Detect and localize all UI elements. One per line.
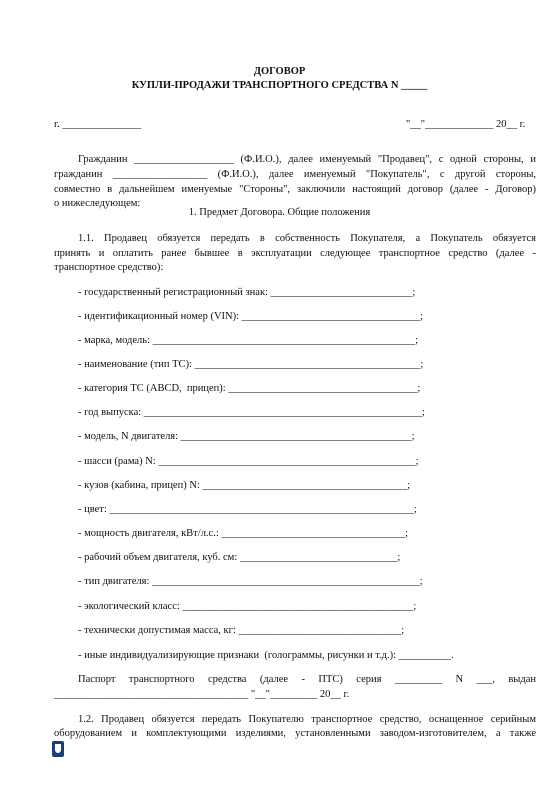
vehicle-field-item: - рабочий объем двигателя, куб. см: ____…: [78, 552, 400, 563]
clause-1-2-line-2: оборудованием и комплектующими изделиями…: [54, 728, 536, 739]
pts-line-1: Паспорт транспортного средства (далее - …: [78, 674, 536, 685]
vehicle-field-item: - год выпуска: _________________________…: [78, 407, 425, 418]
vehicle-field-item: - марка, модель: _______________________…: [78, 335, 418, 346]
clause-1-1-line-2: принять и оплатить ранее бывшее в эксплу…: [54, 248, 536, 259]
date-field: "__"_____________ 20__ г.: [406, 119, 525, 130]
vehicle-field-item: - модель, N двигателя: _________________…: [78, 431, 415, 442]
vehicle-field-item: - наименование (тип ТС): _______________…: [78, 359, 423, 370]
document-subtitle: КУПЛИ-ПРОДАЖИ ТРАНСПОРТНОГО СРЕДСТВА N _…: [0, 80, 559, 91]
document-title: ДОГОВОР: [0, 66, 559, 77]
vehicle-field-item: - идентификационный номер (VIN): _______…: [78, 311, 423, 322]
preamble-line-3: совместно в дальнейшем именуемые "Сторон…: [54, 184, 536, 195]
vehicle-field-item: - мощность двигателя, кВт/л.с.: ________…: [78, 528, 408, 539]
vehicle-field-item: - категория ТС (ABCD, прицеп): _________…: [78, 383, 420, 394]
vehicle-field-item: - государственный регистрационный знак: …: [78, 287, 415, 298]
pts-line-2: _____________________________________ "_…: [54, 689, 349, 700]
vehicle-field-item: - кузов (кабина, прицеп) N: ____________…: [78, 480, 410, 491]
preamble-line-1: Гражданин ___________________ (Ф.И.О.), …: [78, 154, 536, 165]
vehicle-field-item: - иные индивидуализирующие признаки (гол…: [78, 650, 454, 661]
vehicle-field-item: - технически допустимая масса, кг: _____…: [78, 625, 404, 636]
section-1-heading: 1. Предмет Договора. Общие положения: [0, 207, 559, 218]
vehicle-field-item: - тип двигателя: _______________________…: [78, 576, 423, 587]
preamble-line-2: гражданин __________________ (Ф.И.О.), д…: [54, 169, 536, 180]
shield-logo-icon: [52, 741, 64, 757]
vehicle-field-item: - цвет: ________________________________…: [78, 504, 417, 515]
clause-1-1-line-1: 1.1. Продавец обязуется передать в собст…: [78, 233, 536, 244]
clause-1-2-line-1: 1.2. Продавец обязуется передать Покупат…: [78, 714, 536, 725]
city-field: г. _______________: [54, 119, 141, 130]
clause-1-1-line-3: транспортное средство):: [54, 262, 163, 273]
vehicle-field-item: - экологический класс: _________________…: [78, 601, 416, 612]
vehicle-field-item: - шасси (рама) N: ______________________…: [78, 456, 419, 467]
